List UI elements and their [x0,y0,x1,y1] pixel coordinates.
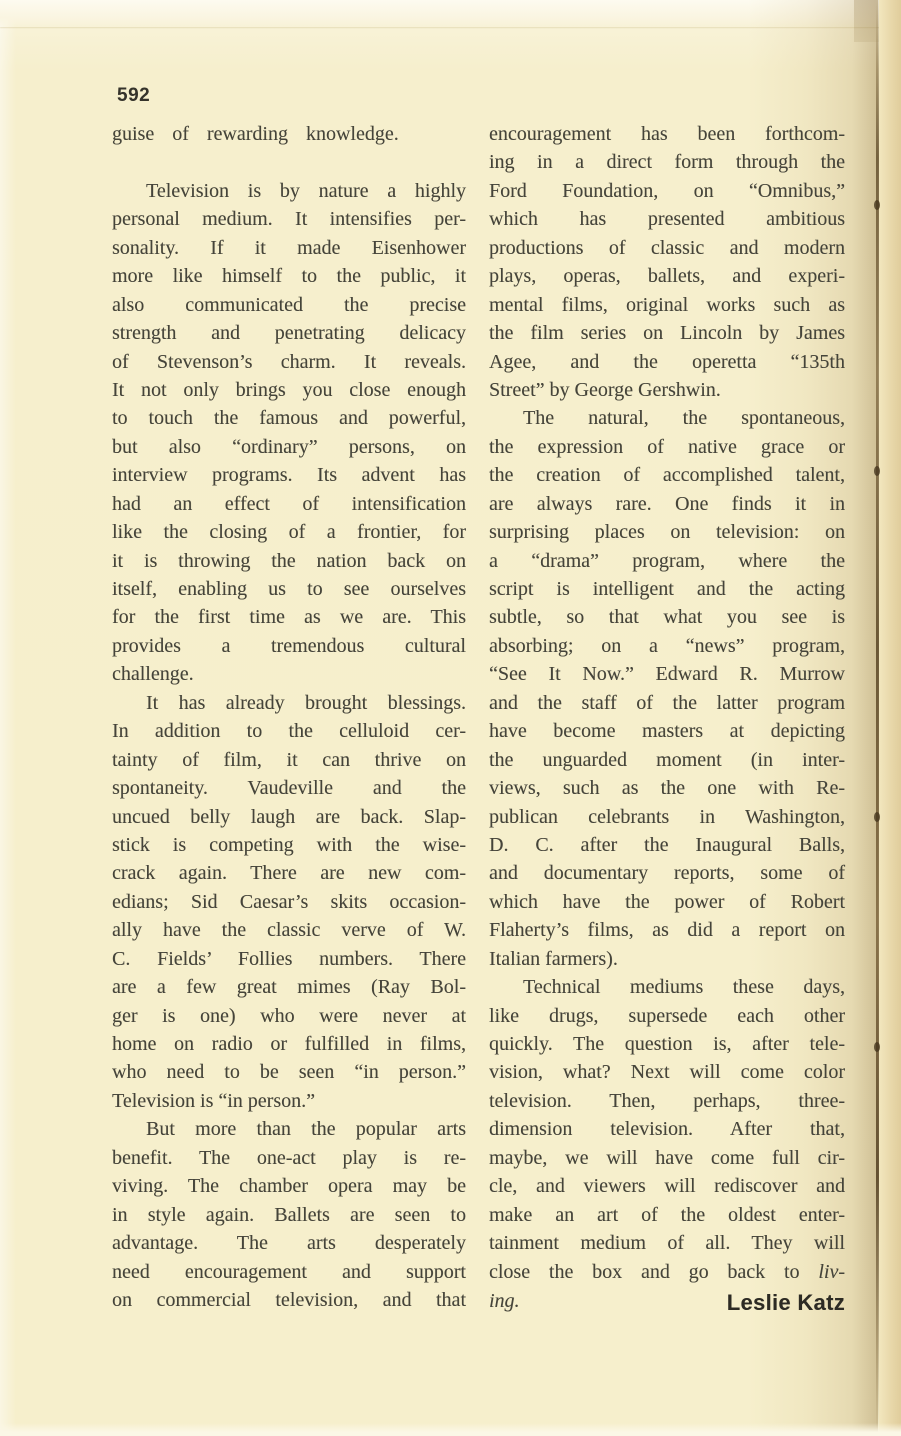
text-line: ally have the classic verve of W. [112,916,466,944]
text-line: viving. The chamber opera may be [112,1172,466,1200]
paragraph: guise of rewarding knowledge. [112,120,466,148]
text-line: the creation of accomplished talent, [489,461,845,489]
page-edge-strip [879,0,901,1436]
text-line: like the closing of a frontier, for [112,518,466,546]
text-line: views, such as the one with Re- [489,774,845,802]
text-line: guise of rewarding knowledge. [112,120,466,148]
binding-crease-line [876,0,879,1436]
text-line: the film series on Lincoln by James [489,319,845,347]
text-line: Italian farmers). [489,945,845,973]
left-text-column: guise of rewarding knowledge.Television … [112,120,466,1314]
right-column-paragraphs: encouragement has been forthcom-ing in a… [489,120,845,1286]
text-line: home on radio or fulfilled in films, [112,1030,466,1058]
binding-nick [874,466,880,476]
text-line: on commercial television, and that [112,1286,466,1314]
text-line: crack again. There are new com- [112,859,466,887]
text-line: more like himself to the public, it [112,262,466,290]
text-line: productions of classic and modern [489,234,845,262]
text-line: encouragement has been forthcom- [489,120,845,148]
text-line: Ford Foundation, on “Omnibus,” [489,177,845,205]
text-line: advantage. The arts desperately [112,1229,466,1257]
paragraph: It has already brought blessings.In addi… [112,689,466,1116]
paragraph-ending-word: ing. [489,1287,520,1315]
text-line: cle, and viewers will rediscover and [489,1172,845,1200]
text-line: It has already brought blessings. [112,689,466,717]
text-line: sonality. If it made Eisenhower [112,234,466,262]
text-line: a “drama” program, where the [489,547,845,575]
text-line: publican celebrants in Washington, [489,803,845,831]
text-line: “See It Now.” Edward R. Murrow [489,660,845,688]
paragraph: encouragement has been forthcom-ing in a… [489,120,845,404]
text-line: the expression of native grace or [489,433,845,461]
text-line: benefit. The one-act play is re- [112,1144,466,1172]
right-text-column: encouragement has been forthcom-ing in a… [489,120,845,1316]
text-line: but also “ordinary” persons, on [112,433,466,461]
text-line: personal medium. It intensifies per- [112,205,466,233]
text-line: Street” by George Gershwin. [489,376,845,404]
text-line: Agee, and the operetta “135th [489,348,845,376]
text-line: maybe, we will have come full cir- [489,1144,845,1172]
text-line: C. Fields’ Follies numbers. There [112,945,466,973]
text-line: dimension television. After that, [489,1115,845,1143]
text-line: itself, enabling us to see ourselves [112,575,466,603]
text-line: edians; Sid Caesar’s skits occasion- [112,888,466,916]
text-line: interview programs. Its advent has [112,461,466,489]
text-line: Technical mediums these days, [489,973,845,1001]
page-bottom-edge [0,1423,901,1436]
text-line: ing in a direct form through the [489,148,845,176]
text-line: mental films, original works such as [489,291,845,319]
text-line: Television is “in person.” [112,1087,466,1115]
text-line: The natural, the spontaneous, [489,404,845,432]
binding-nick [874,1042,880,1052]
text-line: challenge. [112,660,466,688]
text-line: Television is by nature a highly [112,177,466,205]
binding-nick [874,200,880,210]
author-line: ing. Leslie Katz [489,1286,845,1316]
text-line: ger is one) who were never at [112,1002,466,1030]
text-line: absorbing; on a “news” program, [489,632,845,660]
text-line: are always rare. One finds it in [489,490,845,518]
text-line: for the first time as we are. This [112,603,466,631]
text-line: Flaherty’s films, as did a report on [489,916,845,944]
text-line: the unguarded moment (in inter- [489,746,845,774]
text-line: tainty of film, it can thrive on [112,746,466,774]
text-line: like drugs, supersede each other [489,1002,845,1030]
text-line: plays, operas, ballets, and experi- [489,262,845,290]
text-line: vision, what? Next will come color [489,1058,845,1086]
text-line: uncued belly laugh are back. Slap- [112,803,466,831]
text-line: in style again. Ballets are seen to [112,1201,466,1229]
text-line: also communicated the precise [112,291,466,319]
text-line: are a few great mimes (Ray Bol- [112,973,466,1001]
paragraph: Television is by nature a highlypersonal… [112,177,466,689]
text-line: which has presented ambitious [489,205,845,233]
text: close the box and go back to [489,1261,818,1283]
text-line: close the box and go back to liv- [489,1258,845,1286]
text-line: and documentary reports, some of [489,859,845,887]
paragraph: The natural, the spontaneous,the express… [489,404,845,973]
text-line: television. Then, perhaps, three- [489,1087,845,1115]
text-line: have become masters at depicting [489,717,845,745]
text-line: But more than the popular arts [112,1115,466,1143]
text-line: need encouragement and support [112,1258,466,1286]
text-line: strength and penetrating delicacy [112,319,466,347]
text-line: who need to be seen “in person.” [112,1058,466,1086]
text-line: spontaneity. Vaudeville and the [112,774,466,802]
text-line: it is throwing the nation back on [112,547,466,575]
text-line: make an art of the oldest enter- [489,1201,845,1229]
text-line: which have the power of Robert [489,888,845,916]
text-line: and the staff of the latter program [489,689,845,717]
text-line: provides a tremendous cultural [112,632,466,660]
paragraph: But more than the popular artsbenefit. T… [112,1115,466,1314]
text-line: had an effect of intensification [112,490,466,518]
text-line: script is intelligent and the acting [489,575,845,603]
text-line: surprising places on television: on [489,518,845,546]
author-name: Leslie Katz [727,1289,845,1317]
text-line: tainment medium of all. They will [489,1229,845,1257]
text-line: to touch the famous and powerful, [112,404,466,432]
text-line: quickly. The question is, after tele- [489,1030,845,1058]
text-line: of Stevenson’s charm. It reveals. [112,348,466,376]
paragraph: Technical mediums these days,like drugs,… [489,973,845,1286]
binding-nick [874,812,880,822]
text-line: D. C. after the Inaugural Balls, [489,831,845,859]
text-line: In addition to the celluloid cer- [112,717,466,745]
text-line: subtle, so that what you see is [489,603,845,631]
italic-text: liv- [818,1261,845,1283]
page-number: 592 [117,85,150,107]
text-line: stick is competing with the wise- [112,831,466,859]
text-line: It not only brings you close enough [112,376,466,404]
book-page: 592 guise of rewarding knowledge.Televis… [0,0,901,1436]
